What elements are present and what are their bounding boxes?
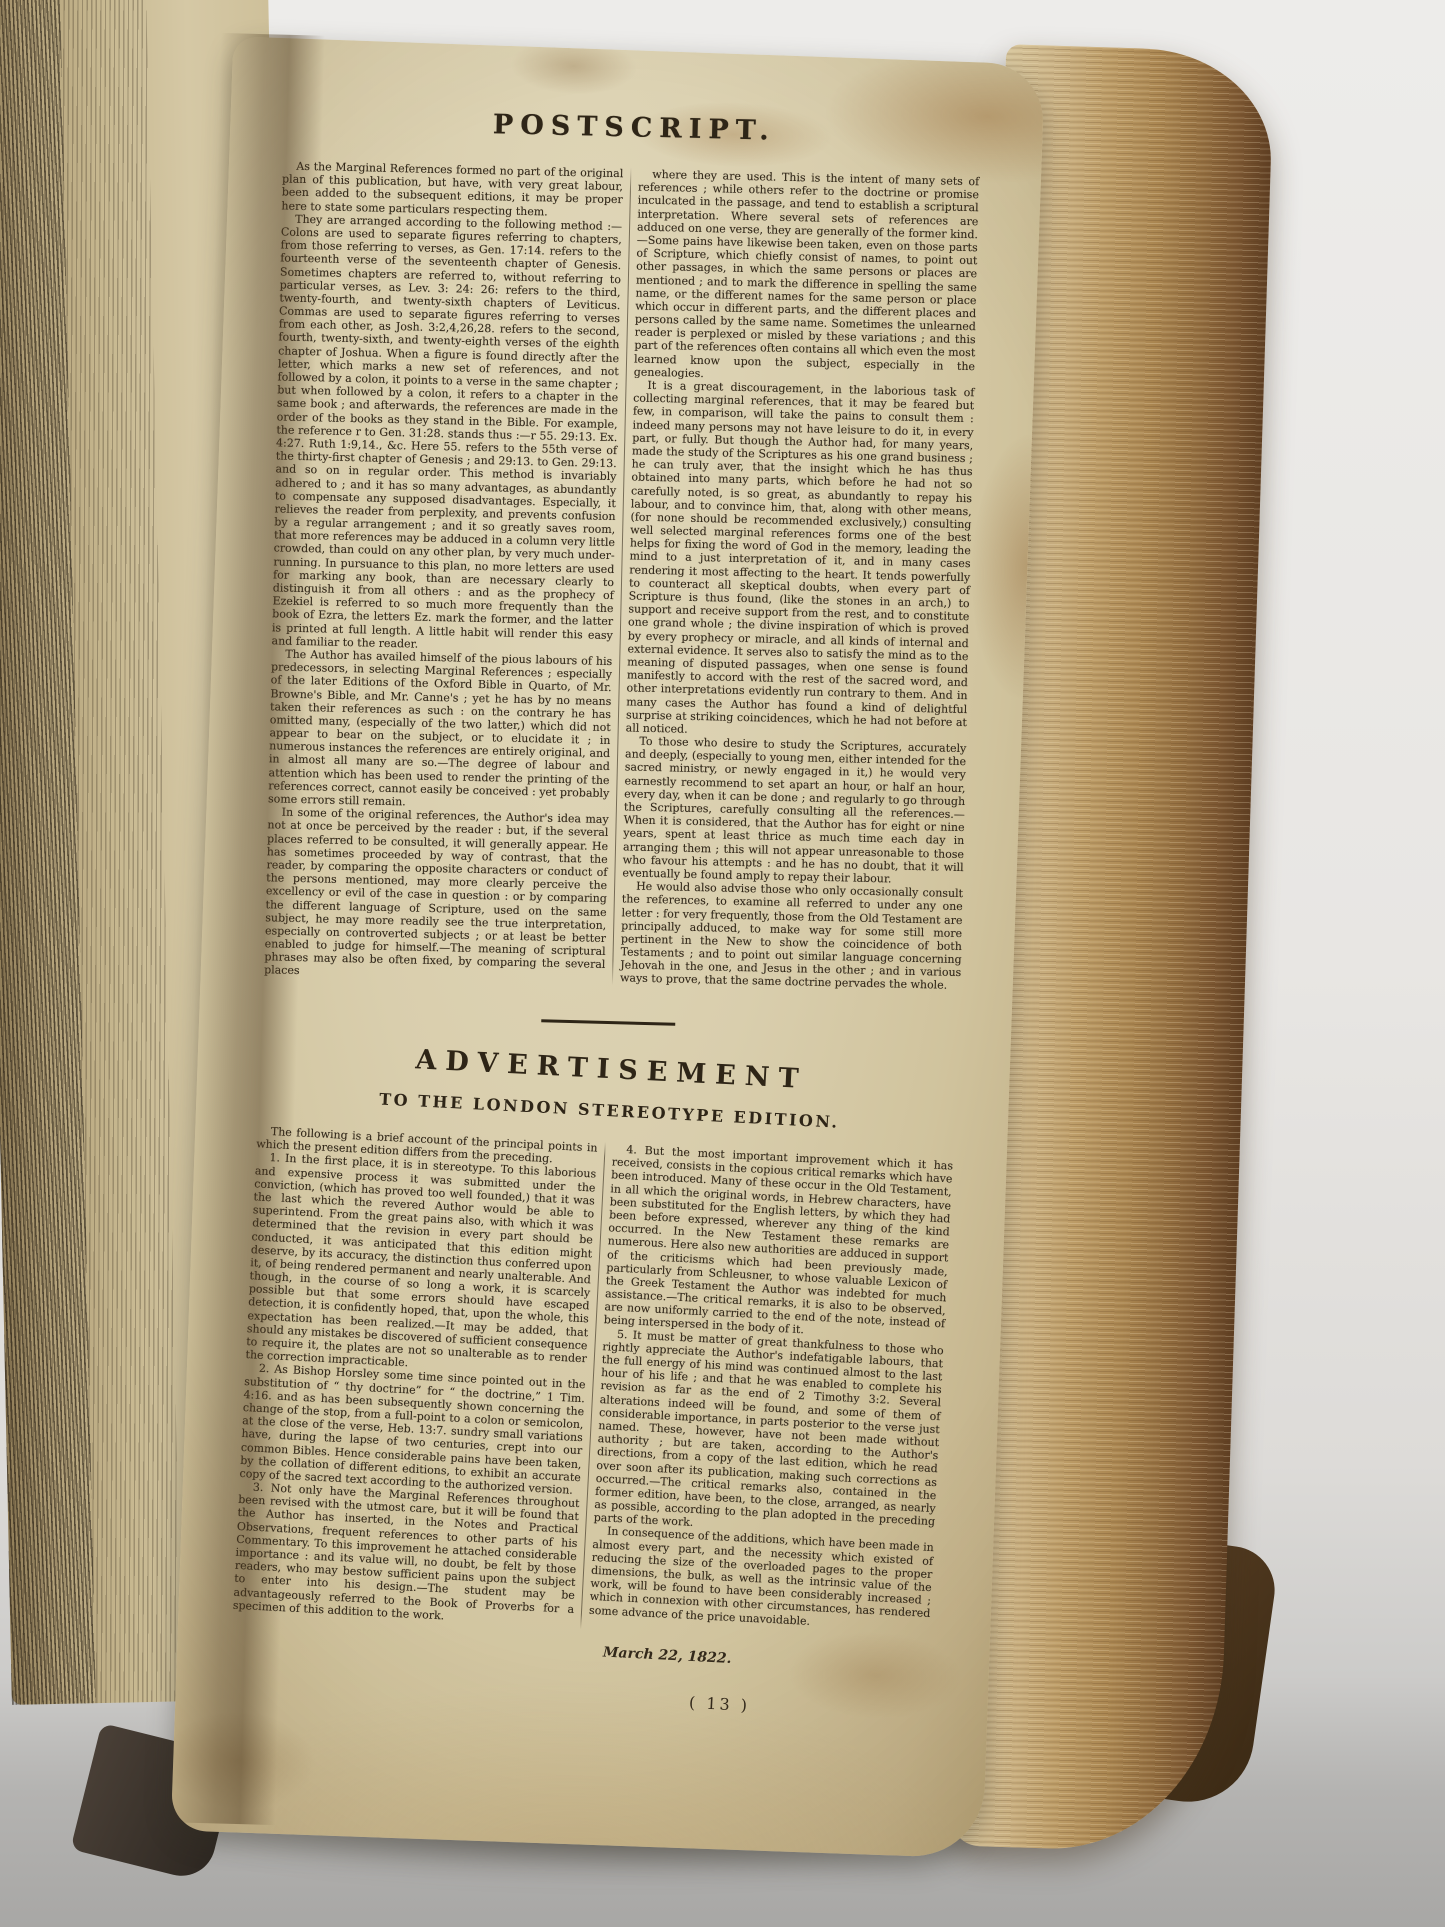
- paragraph: 5. It must be matter of great thankfulne…: [593, 1326, 944, 1541]
- postscript-title: POSTSCRIPT.: [283, 104, 986, 151]
- paragraph: 2. As Bishop Horsley some time since poi…: [239, 1361, 586, 1497]
- paragraph: In consequence of the additions, which h…: [589, 1524, 934, 1633]
- postscript-left-column: As the Marginal References formed no par…: [264, 159, 623, 984]
- paragraph: 3. Not only have the Marginal References…: [233, 1480, 580, 1629]
- section-divider-rule: [541, 1019, 675, 1026]
- advertisement-right-column: 4. But the most important improvement wh…: [589, 1142, 954, 1633]
- paragraph: To those who desire to study the Scriptu…: [622, 734, 966, 887]
- book-page: POSTSCRIPT. As the Marginal References f…: [171, 36, 1045, 1858]
- postscript-columns: As the Marginal References formed no par…: [264, 159, 984, 992]
- paragraph: It is a great discouragement, in the lab…: [626, 378, 975, 742]
- paragraph: They are arranged according to the follo…: [271, 212, 622, 655]
- advertisement-section: ADVERTISEMENT TO THE LONDON STEREOTYPE E…: [229, 1036, 963, 1724]
- postscript-right-column: where they are used. This is the intent …: [620, 168, 979, 993]
- paragraph: As the Marginal References formed no par…: [281, 159, 623, 219]
- paragraph: where they are used. This is the intent …: [634, 168, 980, 387]
- paragraph: 4. But the most important improvement wh…: [603, 1142, 953, 1344]
- paragraph: He would also advise those who only occa…: [620, 879, 963, 992]
- page-number: ( 13 ): [229, 1669, 931, 1723]
- advertisement-left-column: The following is a brief account of the …: [233, 1124, 598, 1629]
- advertisement-columns: The following is a brief account of the …: [233, 1124, 959, 1647]
- paragraph: The Author has availed himself of the pi…: [268, 647, 613, 813]
- postscript-section: POSTSCRIPT. As the Marginal References f…: [264, 104, 986, 992]
- page-content: POSTSCRIPT. As the Marginal References f…: [176, 36, 1045, 1720]
- paragraph: 1. In the first place, it is in stereoty…: [245, 1150, 596, 1378]
- paragraph: In some of the original references, the …: [264, 805, 609, 984]
- book-photo: POSTSCRIPT. As the Marginal References f…: [0, 0, 1445, 1927]
- date-line: March 22, 1822.: [603, 1644, 933, 1677]
